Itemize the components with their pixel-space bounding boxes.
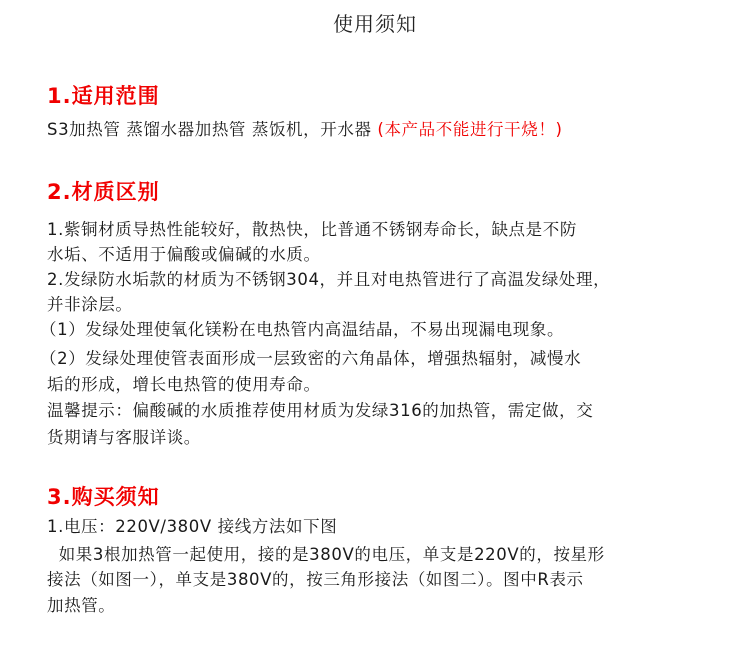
material-line: （1）发绿处理使氧化镁粉在电热管内高温结晶，不易出现漏电现象。	[40, 320, 564, 340]
section-heading-scope: 1.适用范围	[47, 80, 160, 110]
dry-burn-warning: (本产品不能进行干烧！)	[377, 120, 562, 139]
material-line: （2）发绿处理使管表面形成一层致密的六角晶体，增强热辐射，减慢水	[40, 349, 581, 369]
scope-products: S3加热管 蒸馏水器加热管 蒸饭机，开水器	[47, 120, 377, 139]
page-title: 使用须知	[0, 8, 750, 37]
material-line: 垢的形成，增长电热管的使用寿命。	[47, 375, 321, 395]
purchase-line: 接法（如图一），单支是380V的，按三角形接法（如图二）。图中R表示	[47, 570, 584, 590]
material-line: 货期请与客服详谈。	[47, 428, 201, 448]
material-line: 2.发绿防水垢款的材质为不锈钢304，并且对电热管进行了高温发绿处理，	[47, 270, 610, 290]
section-heading-purchase: 3.购买须知	[47, 481, 160, 511]
material-line: 温馨提示：偏酸碱的水质推荐使用材质为发绿316的加热管，需定做，交	[47, 401, 593, 421]
material-line: 1.紫铜材质导热性能较好，散热快，比普通不锈钢寿命长，缺点是不防	[47, 220, 577, 240]
material-line: 水垢、不适用于偏酸或偏碱的水质。	[47, 245, 321, 265]
scope-text: S3加热管 蒸馏水器加热管 蒸饭机，开水器 (本产品不能进行干烧！)	[47, 120, 562, 140]
material-line: 并非涂层。	[47, 295, 133, 315]
section-heading-material: 2.材质区别	[47, 176, 160, 206]
purchase-line: 加热管。	[47, 596, 115, 616]
purchase-line: 1.电压：220V/380V 接线方法如下图	[47, 517, 337, 537]
purchase-line: 如果3根加热管一起使用，接的是380V的电压，单支是220V的，按星形	[47, 545, 605, 565]
